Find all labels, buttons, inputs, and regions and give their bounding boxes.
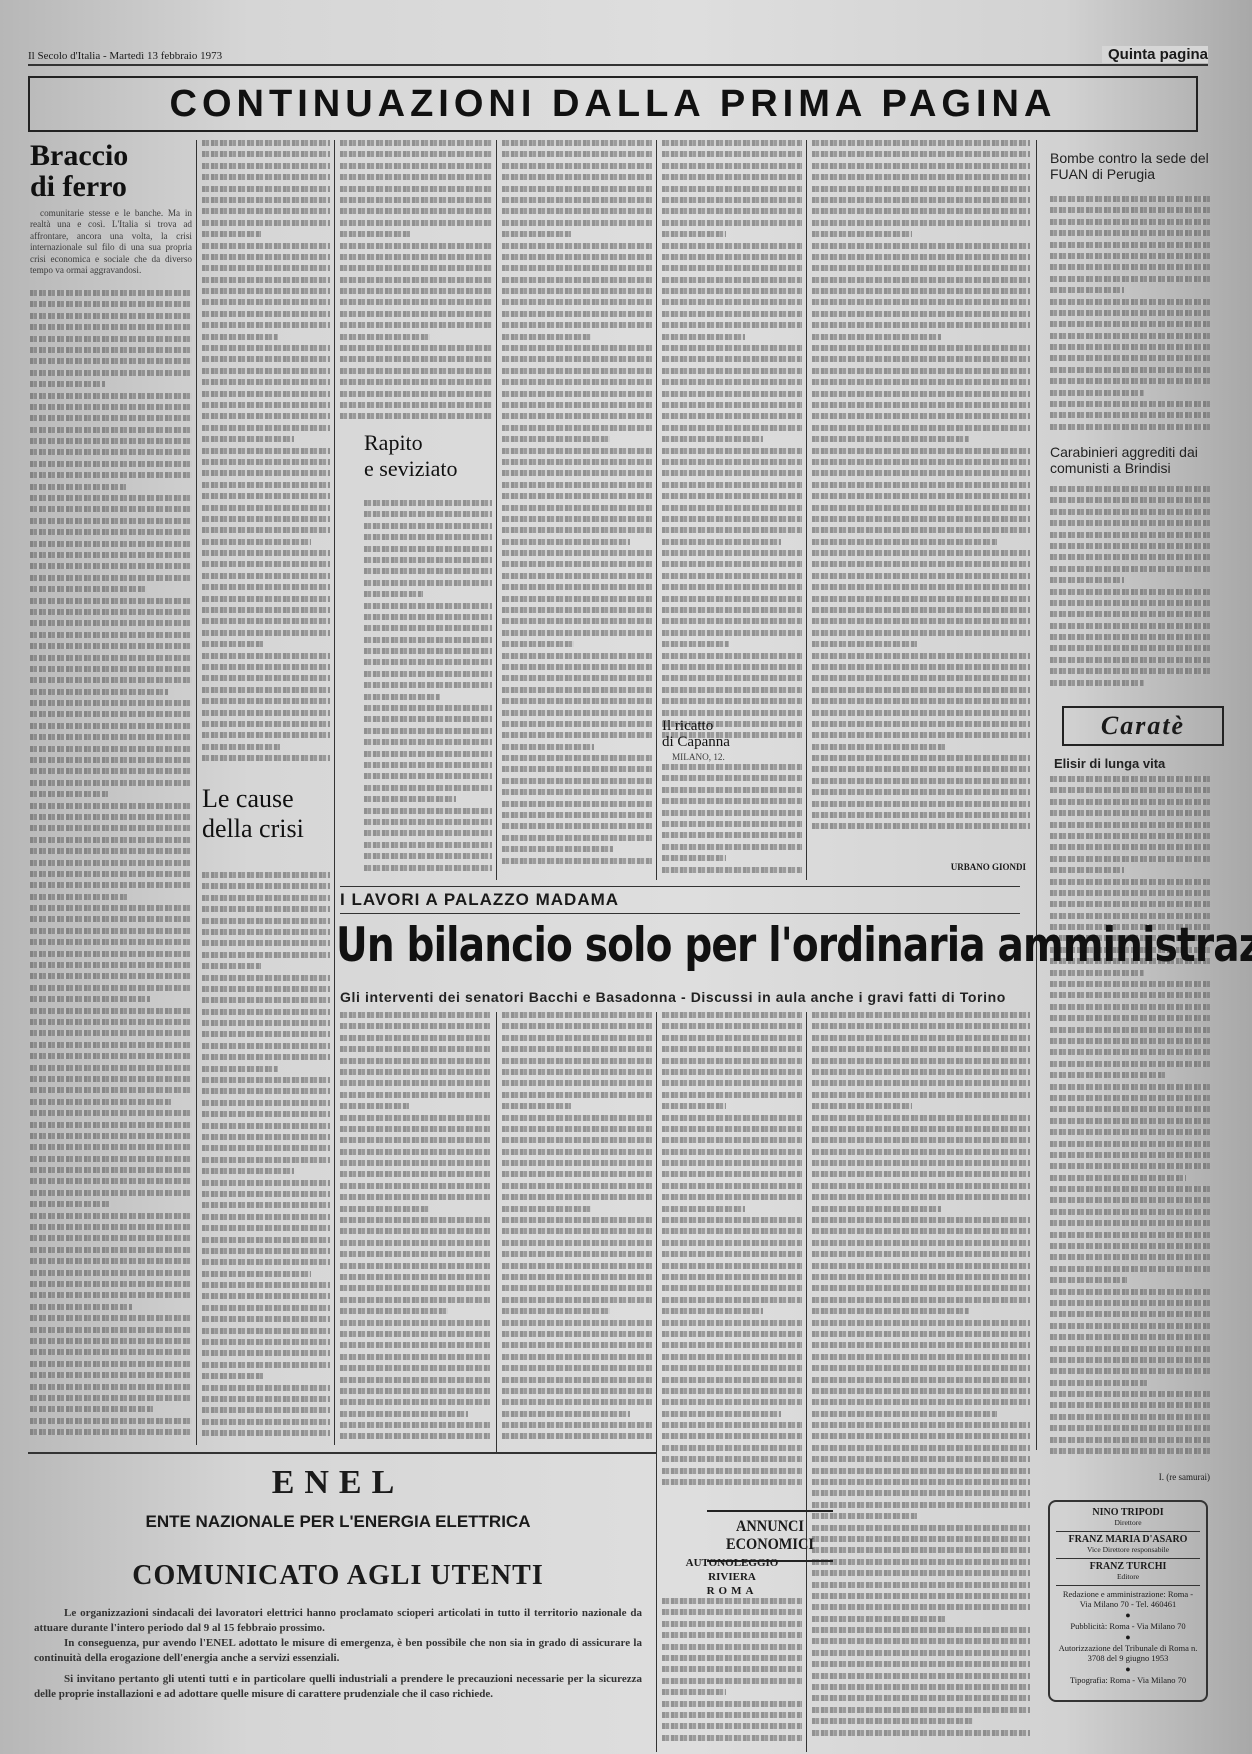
text-line [30,484,126,490]
text-line [812,197,1030,203]
classified-ad-body [662,1598,802,1748]
text-line [30,894,129,900]
text-line [502,448,652,454]
text-line [502,618,652,624]
text-line [812,1490,1030,1496]
text-line [30,1042,192,1048]
text-line [662,787,802,793]
text-line [1050,253,1210,259]
text-line [340,140,492,146]
text-line [812,1274,1030,1280]
text-line [1050,1243,1210,1249]
text-line [502,1377,652,1383]
text-line [202,1180,330,1186]
text-line [30,518,192,524]
text-line [364,671,492,677]
editor-role: Editore [1056,1572,1200,1586]
text-line [502,345,652,351]
text-line [202,140,330,146]
text-line [502,744,594,750]
text-line [662,1149,802,1155]
text-line [502,1365,652,1371]
text-line [812,1228,1030,1234]
text-line [30,506,192,512]
text-line [202,243,330,249]
text-line [1050,1448,1210,1454]
text-line [30,1133,192,1139]
text-line [662,425,802,431]
enel-title: COMUNICATO AGLI UTENTI [28,1560,648,1592]
text-line [30,780,192,786]
text-line [662,527,802,533]
text-line [202,906,330,912]
text-line [662,687,802,693]
text-line [202,872,330,878]
text-line [812,812,1030,818]
byline: URBANO GIONDI [951,862,1026,872]
text-line [202,402,330,408]
headline-line: di ferro [30,171,192,202]
text-line [340,1035,490,1041]
text-line [1050,401,1210,407]
text-line [202,413,330,419]
text-line [662,1445,802,1451]
text-line [502,1069,652,1075]
text-line [340,1126,490,1132]
rubric-title: Caratè [1101,711,1185,741]
senate-body-col-4 [812,1012,1030,1742]
text-line [340,1069,490,1075]
article-headline: Elisir di lunga vita [1054,756,1214,771]
article-le-cause-della-crisi: Le cause della crisi [202,784,330,876]
text-line [502,835,652,841]
text-line [1050,1346,1210,1352]
text-line [364,842,492,848]
text-line [502,1194,652,1200]
text-line [202,1430,330,1436]
text-line [502,334,591,340]
banner-title: CONTINUAZIONI DALLA PRIMA PAGINA [170,83,1057,126]
text-line [812,345,1030,351]
text-line [30,1327,192,1333]
article-continuation [502,140,652,878]
text-line [1050,276,1210,282]
text-line [30,347,192,353]
text-line [340,1285,490,1291]
text-line [202,516,330,522]
text-line [30,1201,111,1207]
article-body-text [502,1012,652,1452]
text-line [502,1183,652,1189]
text-line [202,231,261,237]
text-line [502,140,652,146]
text-line [340,1411,468,1417]
text-line [1050,1084,1210,1090]
text-line [812,1115,1030,1121]
text-line [30,837,192,843]
text-line [662,174,802,180]
text-line [202,1214,330,1220]
text-line [1050,310,1210,316]
text-line [30,723,192,729]
text-line [502,1058,652,1064]
text-line [812,1468,1030,1474]
text-line [662,1456,802,1462]
text-line [30,700,192,706]
text-line [662,1297,802,1303]
text-line [662,493,802,499]
text-line [340,186,492,192]
text-line [662,254,802,260]
text-line [662,1331,802,1337]
text-line [812,254,1030,260]
text-line [1050,1118,1210,1124]
text-line [662,653,802,659]
text-line [340,1251,490,1257]
text-line [1050,1209,1210,1215]
text-line [1050,1220,1210,1226]
text-line [1050,844,1210,850]
text-line [812,1525,1030,1531]
text-line [202,596,330,602]
text-line [202,755,330,761]
text-line [662,265,802,271]
article-body-text [202,872,330,1445]
senate-deck: Gli interventi dei senatori Bacchi e Bas… [340,989,1020,1005]
text-line [812,151,1030,157]
text-line [364,865,492,871]
text-line [1050,1368,1210,1374]
text-line [340,1137,490,1143]
text-line [502,596,652,602]
text-line [202,1350,330,1356]
text-line [502,402,652,408]
text-line [1050,787,1210,793]
text-line [30,1030,192,1036]
text-line [1050,623,1210,629]
text-line [502,641,574,647]
text-line [812,231,912,237]
text-line [662,1365,802,1371]
headline-line: Braccio [30,140,192,171]
article-body-text [30,290,192,1445]
text-line [662,1103,726,1109]
text-line [812,607,1030,613]
text-line [202,1282,330,1288]
text-line [662,1115,802,1121]
text-line [502,527,652,533]
article-headline: Le cause della crisi [202,784,330,844]
text-line [202,1407,330,1413]
text-line [202,197,330,203]
text-line [340,1297,490,1303]
text-line [502,299,652,305]
text-line [1050,879,1210,885]
text-line [340,299,492,305]
classified-ad: AUTONOLEGGIO RIVIERA ROMA [662,1556,802,1596]
article-braccio-di-ferro: Braccio di ferro comunitarie stesse e le… [30,140,192,1445]
text-line [662,151,802,157]
article-carabinieri-brindisi: Carabinieri aggrediti dai comunisti a Br… [1050,444,1210,484]
text-line [202,918,330,924]
text-line [202,288,330,294]
text-line [662,1263,802,1269]
headline-line: Rapito [364,430,492,456]
text-line [202,1373,263,1379]
text-line [30,290,192,296]
text-line [1050,543,1210,549]
text-line [340,1012,490,1018]
text-line [364,603,492,609]
article-dateline: MILANO, 12. [662,752,802,764]
text-line [30,848,192,854]
text-line [502,1411,630,1417]
text-line [502,766,652,772]
text-line [812,710,1030,716]
text-line [340,288,492,294]
text-line [812,755,1030,761]
text-line [202,675,330,681]
text-line [502,413,652,419]
text-line [202,1225,330,1231]
text-line [30,586,147,592]
text-line [1050,1425,1210,1431]
text-line [340,1342,490,1348]
newspaper-page: Il Secolo d'Italia - Martedì 13 febbraio… [0,0,1252,1754]
article-continuation [202,140,330,770]
text-line [662,1433,802,1439]
text-line [502,1331,652,1337]
text-line [30,541,192,547]
text-line [662,436,763,442]
advertiser-city: ROMA [662,1584,802,1596]
text-line [30,1065,192,1071]
text-line [812,311,1030,317]
text-line [1050,1232,1210,1238]
text-line [340,1115,490,1121]
text-line [30,1406,153,1412]
text-line [502,174,652,180]
text-line [502,1103,571,1109]
text-line [340,1377,490,1383]
text-line [662,1274,802,1280]
senate-body-col-2 [502,1012,652,1452]
text-line [30,1224,192,1230]
enel-brand: ENEL [28,1464,648,1502]
text-line [502,356,652,362]
text-line [662,1388,802,1394]
text-line [662,402,802,408]
text-line [812,1217,1030,1223]
text-line [1050,1095,1210,1101]
text-line [662,1399,802,1405]
text-line [662,516,802,522]
text-line [502,436,610,442]
text-line [30,1247,192,1253]
advertiser-name: AUTONOLEGGIO RIVIERA [662,1556,802,1584]
text-line [662,1609,802,1615]
text-line [202,1191,330,1197]
headline-line: Il ricatto [662,718,802,734]
text-line [812,516,1030,522]
text-line [662,1320,802,1326]
article-continuation [340,140,492,430]
text-line [812,539,997,545]
article-body-text [1050,196,1210,440]
text-line [340,197,492,203]
text-line [1050,680,1144,686]
text-line [812,778,1030,784]
text-line [662,1723,802,1729]
text-line [1050,992,1210,998]
text-line [364,591,423,597]
text-line [202,277,330,283]
text-line [364,728,492,734]
text-line [812,493,1030,499]
text-line [812,1058,1030,1064]
text-line [502,1285,652,1291]
text-line [662,855,726,861]
text-line [1050,1414,1210,1420]
article-body-text [662,1012,802,1502]
column-rule [334,140,335,1445]
text-line [662,1046,802,1052]
text-line [202,630,330,636]
text-line [812,391,1030,397]
text-line [662,775,802,781]
text-line [30,415,192,421]
text-line [502,425,652,431]
text-line [1050,412,1210,418]
article-continuation [662,140,802,750]
text-line [502,1297,652,1303]
text-line [1050,196,1210,202]
text-line [1050,1061,1210,1067]
text-line [340,163,492,169]
text-line [202,986,330,992]
text-line [30,951,192,957]
text-line [502,243,652,249]
text-line [502,368,652,374]
text-line [364,625,492,631]
text-line [364,716,492,722]
text-line [340,1399,490,1405]
text-line [662,1468,802,1474]
text-line [502,459,652,465]
text-line [662,561,802,567]
text-line [30,301,192,307]
text-line [662,1080,802,1086]
text-line [662,810,802,816]
enel-body: Le organizzazioni sindacali dei lavorato… [34,1606,642,1702]
text-line [202,550,330,556]
text-line [30,1258,192,1264]
text-line [502,151,652,157]
page-folio: Il Secolo d'Italia - Martedì 13 febbraio… [28,50,1208,66]
text-line [662,1160,802,1166]
article-body-text [202,140,330,770]
text-line [364,773,492,779]
text-line [202,1077,330,1083]
text-line [812,1023,1030,1029]
text-line [30,928,192,934]
text-line [340,1240,490,1246]
text-line [1050,668,1210,674]
text-line [30,449,192,455]
text-line [812,1103,912,1109]
text-line [502,1251,652,1257]
text-line [30,1178,192,1184]
text-line [30,1395,192,1401]
text-line [1050,333,1210,339]
masthead-box: NINO TRIPODI Direttore FRANZ MARIA D'ASA… [1048,1500,1208,1702]
text-line [340,231,410,237]
text-line [202,174,330,180]
text-line [812,140,1030,146]
text-line [812,1695,1030,1701]
text-line [812,1707,1030,1713]
text-line [662,1240,802,1246]
text-line [364,637,492,643]
text-line [812,1251,1030,1257]
text-line [30,1167,192,1173]
text-line [1050,1141,1210,1147]
text-line [812,1570,1030,1576]
text-line [364,580,492,586]
text-line [202,1339,330,1345]
text-line [662,345,802,351]
text-line [1050,611,1210,617]
article-body-ricatto: MILANO, 12. [662,752,802,878]
text-line [30,1008,192,1014]
text-line [202,1043,330,1049]
text-line [662,334,745,340]
text-line [1050,486,1210,492]
text-line [1050,589,1210,595]
text-line [812,1297,1030,1303]
text-line [502,687,652,693]
text-line [662,1377,802,1383]
text-line [1050,1334,1210,1340]
text-line [340,1217,490,1223]
text-line [1050,532,1210,538]
text-line [340,1092,490,1098]
text-line [662,1666,802,1672]
text-line [340,334,430,340]
text-line [502,1399,652,1405]
enel-paragraph: In conseguenza, pur avendo l'ENEL adotta… [34,1636,642,1666]
text-line [662,832,802,838]
text-line [812,1388,1030,1394]
text-line [662,1194,802,1200]
text-line [812,1661,1030,1667]
text-line [340,356,492,362]
text-line [502,1263,652,1269]
text-line [202,436,294,442]
text-line [502,493,652,499]
text-line [202,1123,330,1129]
text-line [502,539,630,545]
text-line [662,698,802,704]
text-line [30,381,105,387]
text-line [340,1046,490,1052]
text-line [812,744,945,750]
text-line [202,470,330,476]
text-line [202,698,330,704]
text-line [662,1655,802,1661]
text-line [30,643,192,649]
bullet-icon: ● [1056,1609,1200,1621]
